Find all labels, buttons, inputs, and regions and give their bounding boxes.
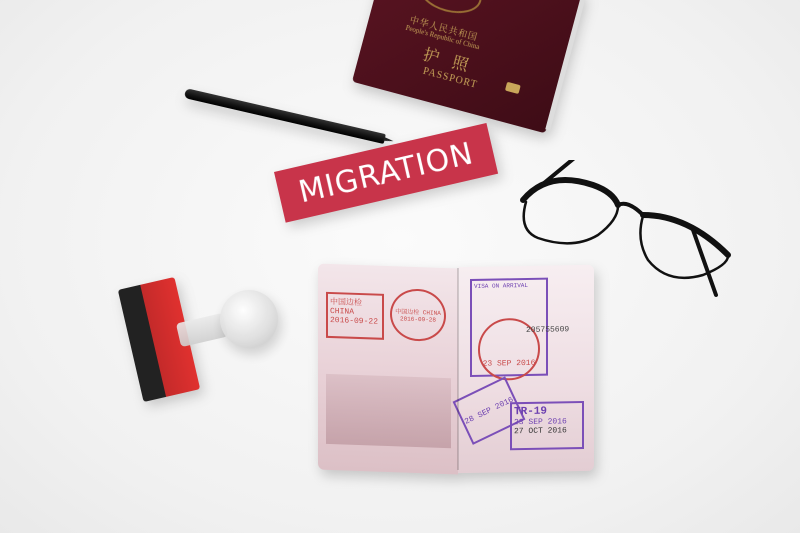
open-passport: 中国边检 CHINA 2016-09-22 中国边检 CHINA 2016-09… [318,266,600,472]
passport-left-page: 中国边检 CHINA 2016-09-22 中国边检 CHINA 2016-09… [318,264,458,475]
tiananmen-watermark [326,374,451,448]
closed-passport: 中华人民共和国 People's Republic of China 护照 PA… [352,0,584,133]
exit-stamp: 中国边检 CHINA 2016-09-28 [390,288,446,342]
pen [184,88,386,144]
biometric-chip-icon [505,82,521,94]
photo-scene: 中华人民共和国 People's Republic of China 护照 PA… [0,0,800,533]
rubber-stamp-knob [220,290,278,348]
entry-stamp: 中国边检 CHINA 2016-09-22 [326,292,384,340]
migration-label-text: MIGRATION [295,136,476,210]
passport-pages-edge [545,0,586,130]
tr-stamp: TR-19 23 SEP 2016 27 OCT 2016 [510,401,584,450]
passport-spine [457,268,459,470]
visa-number: 205755609 [526,325,569,335]
passport-right-page: VISA ON ARRIVAL 23 SEP 2016 205755609 28… [458,265,594,473]
